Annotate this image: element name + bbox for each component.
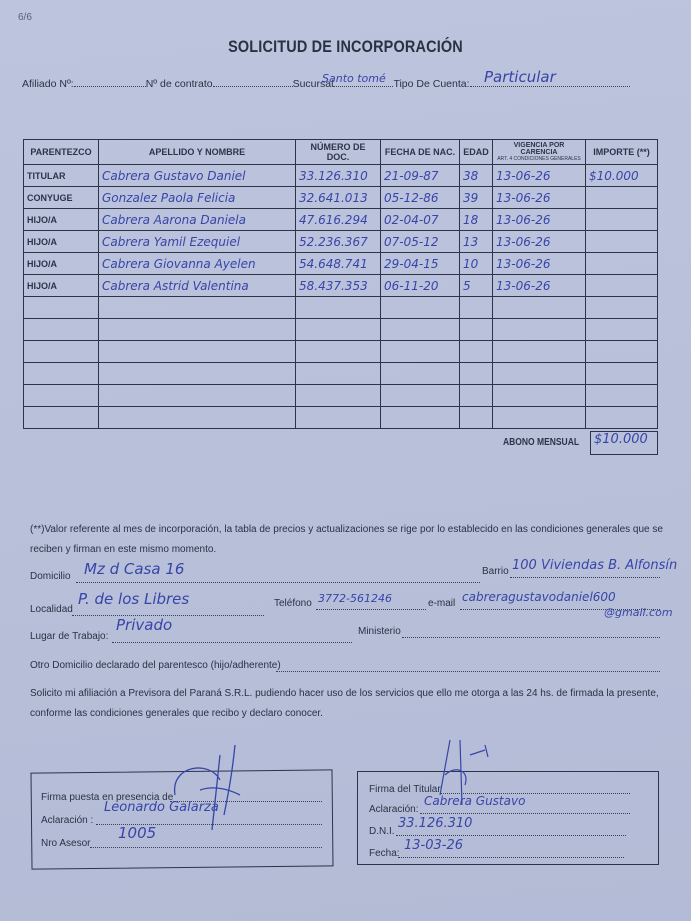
nro-asesor-label: Nro Asesor xyxy=(41,838,90,849)
importe-cell[interactable] xyxy=(586,407,658,429)
importe-cell[interactable] xyxy=(586,363,658,385)
email-label: e-mail xyxy=(428,598,455,609)
doc-cell[interactable]: 54.648.741 xyxy=(296,253,381,275)
importe-cell[interactable] xyxy=(586,341,658,363)
ministerio-field[interactable] xyxy=(402,636,660,638)
fecha-nac-cell[interactable]: 02-04-07 xyxy=(381,209,460,231)
otro-domicilio-field[interactable] xyxy=(276,670,660,672)
parentezco-cell[interactable] xyxy=(24,385,99,407)
vigencia-cell[interactable]: 13-06-26 xyxy=(493,275,586,297)
nombre-cell[interactable] xyxy=(99,363,296,385)
vigencia-cell[interactable] xyxy=(493,407,586,429)
col-numero-doc: NÚMERO DE DOC. xyxy=(296,140,381,165)
titular-fecha-label: Fecha: xyxy=(369,848,400,859)
edad-cell[interactable]: 5 xyxy=(460,275,493,297)
price-note: (**)Valor referente al mes de incorporac… xyxy=(30,520,670,560)
edad-cell[interactable] xyxy=(460,363,493,385)
vigencia-cell[interactable] xyxy=(493,297,586,319)
doc-cell[interactable]: 58.437.353 xyxy=(296,275,381,297)
table-row: HIJO/ACabrera Yamil Ezequiel52.236.36707… xyxy=(24,231,658,253)
table-row xyxy=(24,385,658,407)
edad-cell[interactable]: 13 xyxy=(460,231,493,253)
domicilio-value: Mz d Casa 16 xyxy=(84,560,184,578)
nro-asesor-field[interactable] xyxy=(90,846,322,848)
fecha-nac-cell[interactable]: 21-09-87 xyxy=(381,165,460,187)
vigencia-cell[interactable] xyxy=(493,363,586,385)
fecha-nac-cell[interactable] xyxy=(381,341,460,363)
afiliado-field[interactable] xyxy=(74,77,146,87)
telefono-value: 3772-561246 xyxy=(318,592,392,605)
fecha-nac-cell[interactable] xyxy=(381,407,460,429)
tipo-cuenta-label: Tipo De Cuenta: xyxy=(393,78,469,90)
importe-cell[interactable] xyxy=(586,319,658,341)
parentezco-cell[interactable] xyxy=(24,319,99,341)
parentezco-cell[interactable]: HIJO/A xyxy=(24,253,99,275)
table-row xyxy=(24,297,658,319)
doc-cell[interactable] xyxy=(296,319,381,341)
vigencia-cell[interactable]: 13-06-26 xyxy=(493,165,586,187)
nombre-cell[interactable]: Cabrera Gustavo Daniel xyxy=(99,165,296,187)
table-row xyxy=(24,407,658,429)
doc-cell[interactable] xyxy=(296,385,381,407)
ministerio-label: Ministerio xyxy=(358,626,401,637)
sucursal-value: Santo tomé xyxy=(322,72,386,85)
edad-cell[interactable]: 38 xyxy=(460,165,493,187)
domicilio-field[interactable] xyxy=(76,581,480,583)
importe-cell[interactable] xyxy=(586,385,658,407)
titular-fecha-field[interactable] xyxy=(398,856,624,858)
titular-fecha-value: 13-03-26 xyxy=(404,838,463,853)
col-vigencia: VIGENCIA POR CARENCIAART. 4 CONDICIONES … xyxy=(493,140,586,165)
fecha-nac-cell[interactable]: 06-11-20 xyxy=(381,275,460,297)
otro-domicilio-label: Otro Domicilio declarado del parentesco … xyxy=(30,660,281,671)
lugar-trabajo-value: Privado xyxy=(116,616,172,634)
lugar-trabajo-label: Lugar de Trabajo: xyxy=(30,631,108,642)
doc-cell[interactable]: 47.616.294 xyxy=(296,209,381,231)
nombre-cell[interactable] xyxy=(99,407,296,429)
doc-cell[interactable] xyxy=(296,363,381,385)
document-page: 6/6 SOLICITUD DE INCORPORACIÓN Afiliado … xyxy=(0,0,691,921)
telefono-field[interactable] xyxy=(316,608,426,610)
importe-cell[interactable] xyxy=(586,209,658,231)
nombre-cell[interactable] xyxy=(99,319,296,341)
tipo-cuenta-value: Particular xyxy=(484,68,556,86)
col-parentezco: PARENTEZCO xyxy=(24,140,99,165)
importe-cell[interactable] xyxy=(586,275,658,297)
table-row: HIJO/ACabrera Aarona Daniela47.616.29402… xyxy=(24,209,658,231)
importe-cell[interactable] xyxy=(586,187,658,209)
barrio-label: Barrio xyxy=(482,566,509,577)
col-edad: EDAD xyxy=(460,140,493,165)
table-header-row: PARENTEZCO APELLIDO Y NOMBRE NÚMERO DE D… xyxy=(24,140,658,165)
doc-cell[interactable]: 33.126.310 xyxy=(296,165,381,187)
localidad-value: P. de los Libres xyxy=(78,590,189,608)
contrato-field[interactable] xyxy=(213,77,293,87)
email-value-continued: @gmail.com xyxy=(604,606,673,619)
edad-cell[interactable] xyxy=(460,319,493,341)
parentezco-cell[interactable] xyxy=(24,341,99,363)
fecha-nac-cell[interactable]: 05-12-86 xyxy=(381,187,460,209)
nombre-cell[interactable]: Cabrera Aarona Daniela xyxy=(99,209,296,231)
page-number: 6/6 xyxy=(18,12,32,23)
parentezco-cell[interactable]: HIJO/A xyxy=(24,209,99,231)
fecha-nac-cell[interactable] xyxy=(381,363,460,385)
vigencia-cell[interactable]: 13-06-26 xyxy=(493,231,586,253)
parentezco-cell[interactable]: HIJO/A xyxy=(24,231,99,253)
nombre-cell[interactable] xyxy=(99,341,296,363)
lugar-trabajo-field[interactable] xyxy=(112,641,352,643)
titular-aclaracion-field[interactable] xyxy=(420,812,630,814)
fecha-nac-cell[interactable] xyxy=(381,297,460,319)
parentezco-cell[interactable] xyxy=(24,297,99,319)
edad-cell[interactable]: 10 xyxy=(460,253,493,275)
edad-cell[interactable]: 18 xyxy=(460,209,493,231)
titular-dni-value: 33.126.310 xyxy=(398,816,472,831)
afiliado-label: Afiliado Nº: xyxy=(22,78,74,90)
vigencia-cell[interactable] xyxy=(493,385,586,407)
asesor-signature xyxy=(140,735,260,845)
edad-cell[interactable] xyxy=(460,407,493,429)
table-row: HIJO/ACabrera Astrid Valentina58.437.353… xyxy=(24,275,658,297)
titular-aclaracion-label: Aclaración: xyxy=(369,804,418,815)
vigencia-cell[interactable] xyxy=(493,319,586,341)
parentezco-cell[interactable]: TITULAR xyxy=(24,165,99,187)
telefono-label: Teléfono xyxy=(274,598,312,609)
edad-cell[interactable] xyxy=(460,385,493,407)
parentezco-cell[interactable] xyxy=(24,407,99,429)
table-row xyxy=(24,341,658,363)
vigencia-cell[interactable]: 13-06-26 xyxy=(493,253,586,275)
importe-cell[interactable]: $10.000 xyxy=(586,165,658,187)
fecha-nac-cell[interactable]: 07-05-12 xyxy=(381,231,460,253)
vigencia-subtitle: ART. 4 CONDICIONES GENERALES xyxy=(496,156,582,162)
nombre-cell[interactable] xyxy=(99,385,296,407)
edad-cell[interactable]: 39 xyxy=(460,187,493,209)
barrio-field[interactable] xyxy=(510,576,660,578)
fecha-nac-cell[interactable] xyxy=(381,385,460,407)
doc-cell[interactable] xyxy=(296,297,381,319)
domicilio-label: Domicilio xyxy=(30,571,71,582)
fecha-nac-cell[interactable] xyxy=(381,319,460,341)
abono-mensual-value: $10.000 xyxy=(594,432,648,447)
doc-cell[interactable] xyxy=(296,341,381,363)
table-row: HIJO/ACabrera Giovanna Ayelen54.648.7412… xyxy=(24,253,658,275)
importe-cell[interactable] xyxy=(586,231,658,253)
table-row xyxy=(24,363,658,385)
col-importe: IMPORTE (**) xyxy=(586,140,658,165)
importe-cell[interactable] xyxy=(586,297,658,319)
vigencia-cell[interactable] xyxy=(493,341,586,363)
doc-cell[interactable]: 52.236.367 xyxy=(296,231,381,253)
table-body: TITULARCabrera Gustavo Daniel33.126.3102… xyxy=(24,165,658,429)
contrato-label: Nº de contrato xyxy=(146,78,213,90)
email-value: cabreragustavodaniel600 xyxy=(462,590,616,604)
vigencia-title: VIGENCIA POR CARENCIA xyxy=(514,142,565,156)
importe-cell[interactable] xyxy=(586,253,658,275)
parentezco-cell[interactable] xyxy=(24,363,99,385)
edad-cell[interactable] xyxy=(460,297,493,319)
col-fecha-nac: FECHA DE NAC. xyxy=(381,140,460,165)
col-apellido-nombre: APELLIDO Y NOMBRE xyxy=(99,140,296,165)
nombre-cell[interactable]: Cabrera Astrid Valentina xyxy=(99,275,296,297)
titular-signature xyxy=(430,735,510,805)
parentezco-cell[interactable]: CONYUGE xyxy=(24,187,99,209)
table-row: CONYUGEGonzalez Paola Felicia32.641.0130… xyxy=(24,187,658,209)
vigencia-cell[interactable]: 13-06-26 xyxy=(493,209,586,231)
edad-cell[interactable] xyxy=(460,341,493,363)
doc-cell[interactable]: 32.641.013 xyxy=(296,187,381,209)
nombre-cell[interactable]: Gonzalez Paola Felicia xyxy=(99,187,296,209)
parentezco-cell[interactable]: HIJO/A xyxy=(24,275,99,297)
fecha-nac-cell[interactable]: 29-04-15 xyxy=(381,253,460,275)
titular-dni-label: D.N.I. xyxy=(369,826,395,837)
titular-dni-field[interactable] xyxy=(396,834,626,836)
barrio-value: 100 Viviendas B. Alfonsín xyxy=(512,558,677,573)
page-title: SOLICITUD DE INCORPORACIÓN xyxy=(52,37,639,57)
localidad-label: Localidad xyxy=(30,604,73,615)
asesor-aclaracion-label: Aclaración : xyxy=(41,815,93,826)
table-row xyxy=(24,319,658,341)
nombre-cell[interactable]: Cabrera Giovanna Ayelen xyxy=(99,253,296,275)
nombre-cell[interactable]: Cabrera Yamil Ezequiel xyxy=(99,231,296,253)
table-row: TITULARCabrera Gustavo Daniel33.126.3102… xyxy=(24,165,658,187)
family-members-table: PARENTEZCO APELLIDO Y NOMBRE NÚMERO DE D… xyxy=(23,139,658,429)
declaration-text: Solicito mi afiliación a Previsora del P… xyxy=(30,684,670,724)
abono-mensual-label: ABONO MENSUAL xyxy=(503,437,579,448)
doc-cell[interactable] xyxy=(296,407,381,429)
nombre-cell[interactable] xyxy=(99,297,296,319)
vigencia-cell[interactable]: 13-06-26 xyxy=(493,187,586,209)
